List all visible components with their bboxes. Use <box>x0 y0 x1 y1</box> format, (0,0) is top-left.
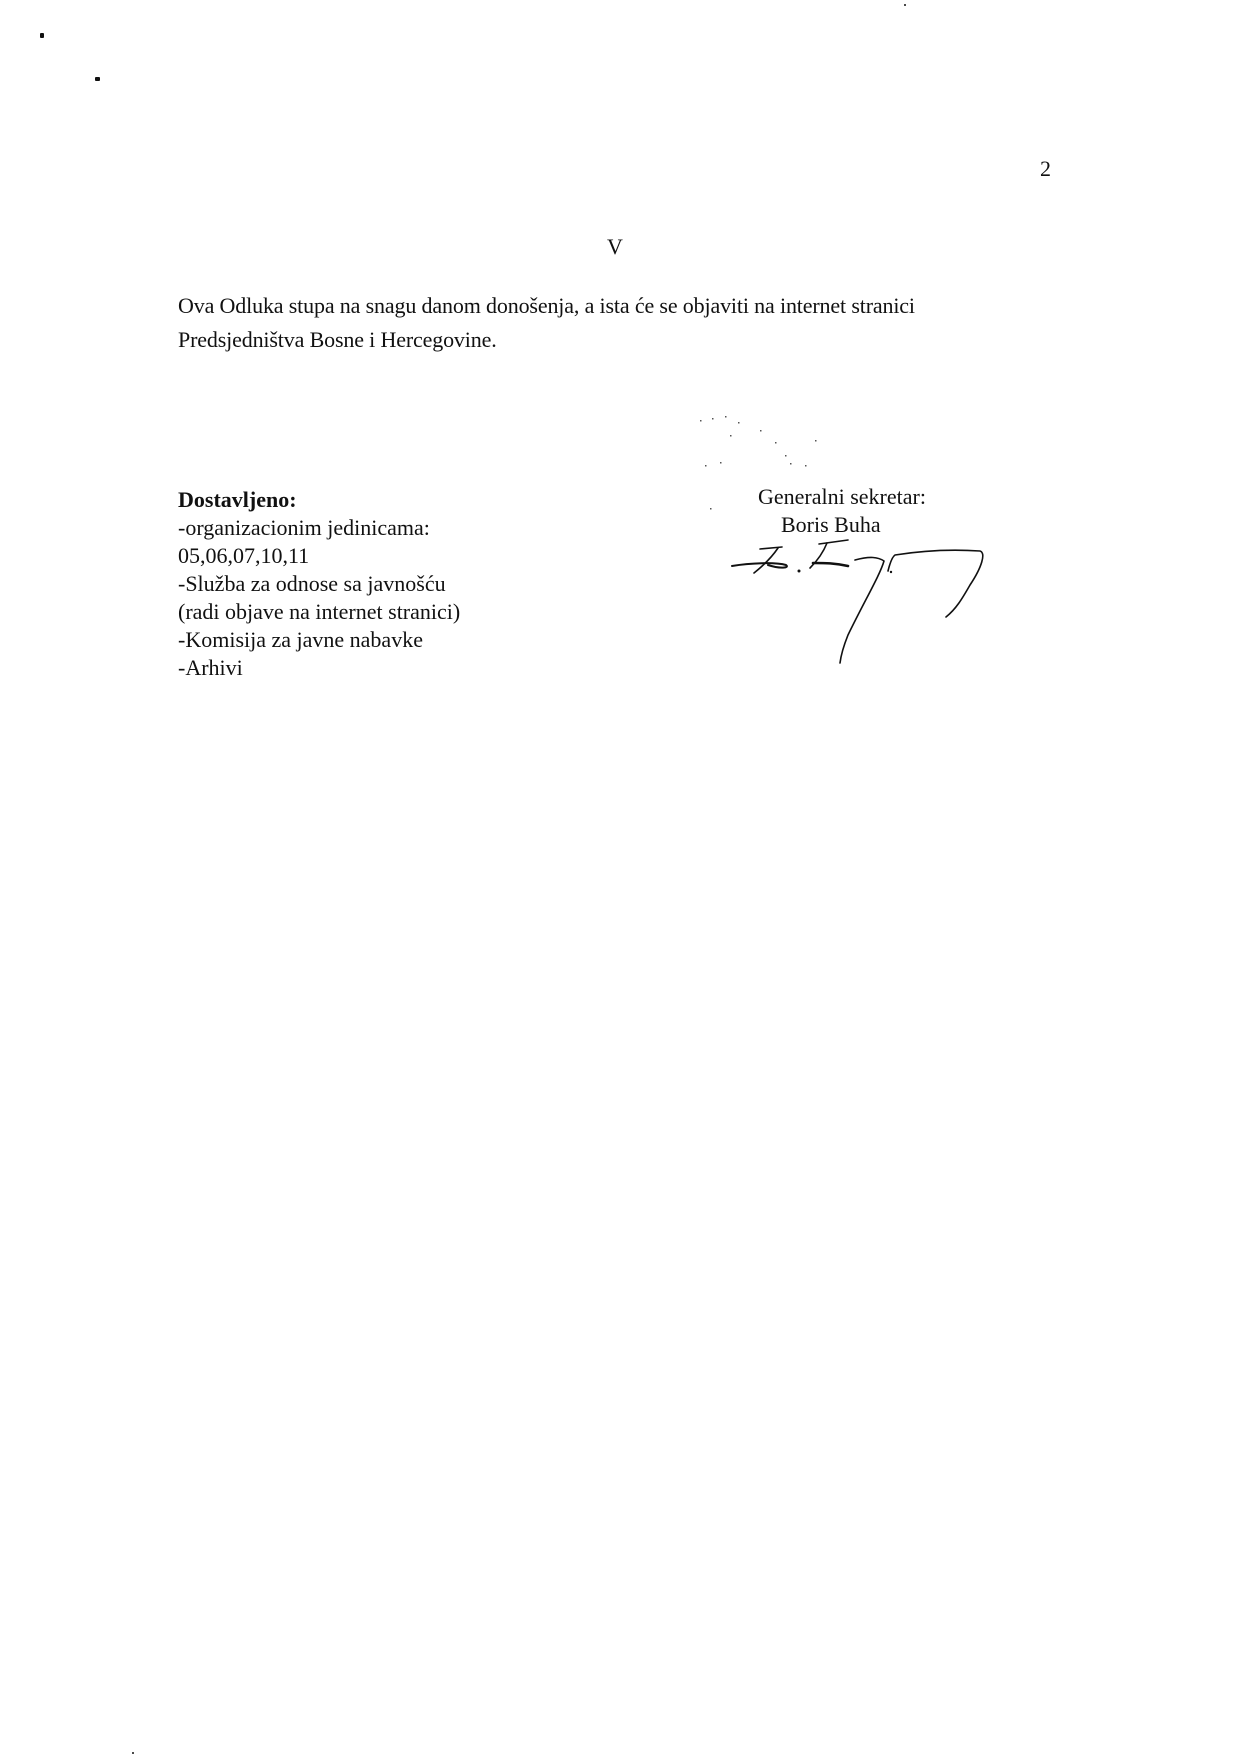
paragraph-line: Ova Odluka stupa na snagu danom donošenj… <box>178 289 1038 323</box>
distribution-list: Dostavljeno: -organizacionim jedinicama:… <box>178 486 460 682</box>
handwritten-signature-icon <box>720 535 1000 675</box>
paragraph-line: Predsjedništva Bosne i Hercegovine. <box>178 323 1038 357</box>
scan-speck <box>40 33 44 38</box>
body-paragraph: Ova Odluka stupa na snagu danom donošenj… <box>178 289 1038 357</box>
scan-speck <box>95 77 100 81</box>
signatory-role: Generalni sekretar: <box>758 483 926 511</box>
distribution-item: 05,06,07,10,11 <box>178 542 460 570</box>
document-page: 2 V Ova Odluka stupa na snagu danom dono… <box>0 0 1246 1763</box>
distribution-item: -Služba za odnose sa javnošću <box>178 570 460 598</box>
scan-speck <box>904 4 906 6</box>
distribution-item: (radi objave na internet stranici) <box>178 598 460 626</box>
distribution-item: -organizacionim jedinicama: <box>178 514 460 542</box>
distribution-item: -Arhivi <box>178 654 460 682</box>
page-number: 2 <box>1040 157 1051 181</box>
distribution-item: -Komisija za javne nabavke <box>178 626 460 654</box>
section-heading: V <box>600 234 630 260</box>
distribution-title: Dostavljeno: <box>178 486 460 514</box>
scan-speck <box>132 1752 134 1754</box>
